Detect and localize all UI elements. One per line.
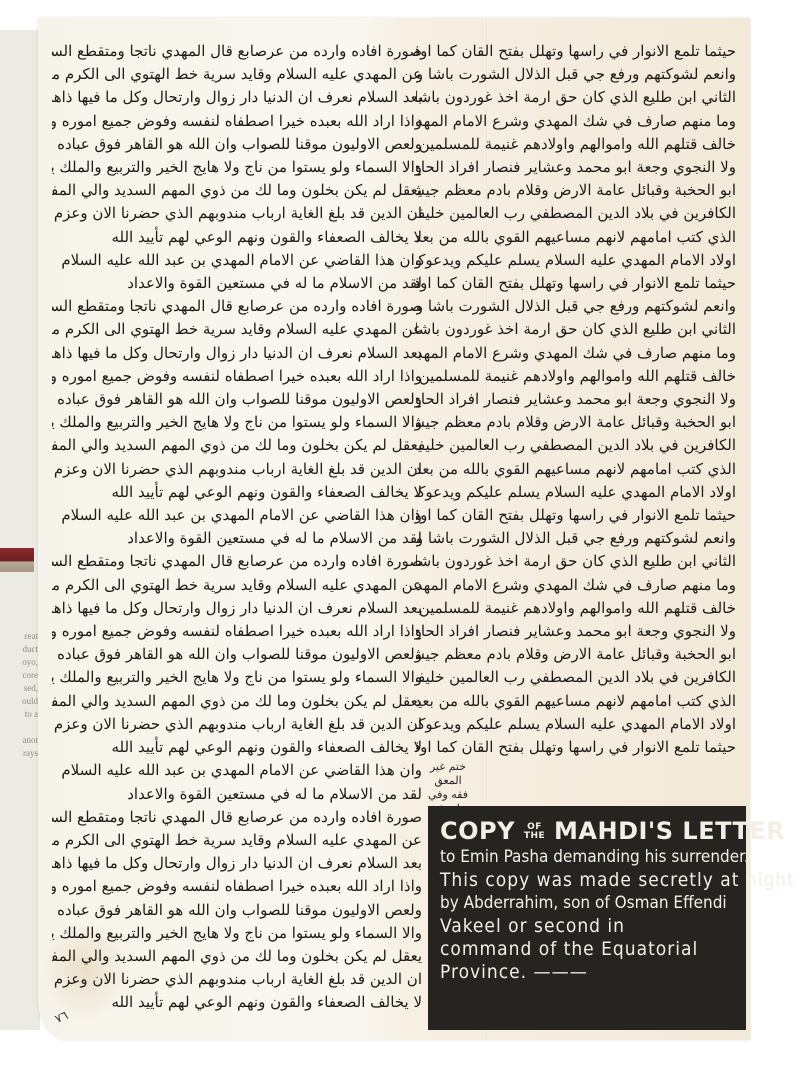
arabic-text-line: الذي كتب امامهم لانهم مساعيهم القوي بالل… <box>416 226 736 249</box>
arabic-text-line: الذي كتب امامهم لانهم مساعيهم القوي بالل… <box>416 690 736 713</box>
arabic-text-line: عن المهدي عليه السلام وقايد سرية خط الهت… <box>52 63 422 86</box>
caption-line: command of the Equatorial <box>440 938 734 961</box>
arabic-text-line: الكافرين في بلاد الدين المصطفي رب العالم… <box>416 434 736 457</box>
arabic-text-line: الكافرين في بلاد الدين المصطفي رب العالم… <box>416 666 736 689</box>
arabic-text-line: يعقل لم يكن بخلون وما لك من ذوي المهم ال… <box>52 179 422 202</box>
arabic-text-line: لقد من الاسلام ما له في مستعين القوة وال… <box>52 527 422 550</box>
arabic-text-line: ابو الحخبة وقبائل عامة الارض وقلام بادم … <box>416 643 736 666</box>
caption-title-of-the: OFTHE <box>524 823 545 841</box>
arabic-text-line: بعد السلام نعرف ان الدنيا دار زوال وارتح… <box>52 597 422 620</box>
caption-title-main: MAHDI'S LETTER <box>554 817 785 845</box>
arabic-text-line: صورة افاده وارده من عرصابع قال المهدي نا… <box>52 806 422 829</box>
arabic-text-line: وانعم لشوكتهم ورفع جي قبل الذلال الشورت … <box>416 63 736 86</box>
arabic-text-line: ابو الحخبة وقبائل عامة الارض وقلام بادم … <box>416 411 736 434</box>
signature-line: ختم غير المعق <box>420 760 476 788</box>
arabic-text-line: عن المهدي عليه السلام وقايد سرية خط الهت… <box>52 574 422 597</box>
arabic-text-line: ولا النجوي وجعة ابو محمد وعشاير فنصار اف… <box>416 388 736 411</box>
arabic-text-line: الثاني ابن طليع الذي كان حق ارمة اخذ غور… <box>416 318 736 341</box>
arabic-text-line: وانعم لشوكتهم ورفع جي قبل الذلال الشورت … <box>416 527 736 550</box>
arabic-text-line: ولعص الاوليون موقنا للصواب وان الله هو ا… <box>52 899 422 922</box>
arabic-text-line: اولاد الامام المهدي عليه السلام يسلم علي… <box>416 481 736 504</box>
signature-line: فقه وفي <box>420 788 476 802</box>
arabic-text-line: يعقل لم يكن بخلون وما لك من ذوي المهم ال… <box>52 434 422 457</box>
arabic-text-line: خالف قتلهم الله واموالهم واولادهم غنيمة … <box>416 133 736 156</box>
arabic-text-line: لقد من الاسلام ما له في مستعين القوة وال… <box>52 272 422 295</box>
arabic-text-line: ان الدين قد بلغ الغاية ارباب مندوبهم الذ… <box>52 458 422 481</box>
arabic-text-line: ولعص الاوليون موقنا للصواب وان الله هو ا… <box>52 133 422 156</box>
arabic-text-left-column: صورة افاده وارده من عرصابع قال المهدي نا… <box>52 40 422 1030</box>
arabic-text-line: الذي كتب امامهم لانهم مساعيهم القوي بالل… <box>416 458 736 481</box>
underlying-book-page: reat duct oyo, core sed, ould to a anot … <box>0 30 40 1030</box>
arabic-text-line: صورة افاده وارده من عرصابع قال المهدي نا… <box>52 295 422 318</box>
arabic-text-line: ولعص الاوليون موقنا للصواب وان الله هو ا… <box>52 643 422 666</box>
arabic-text-line: ان الدين قد بلغ الغاية ارباب مندوبهم الذ… <box>52 968 422 991</box>
arabic-text-line: خالف قتلهم الله واموالهم واولادهم غنيمة … <box>416 365 736 388</box>
arabic-text-right-column: حيثما تلمع الانوار في راسها وتهلل بفتح ا… <box>416 40 736 785</box>
arabic-text-line: عن المهدي عليه السلام وقايد سرية خط الهت… <box>52 829 422 852</box>
arabic-text-line: عن المهدي عليه السلام وقايد سرية خط الهت… <box>52 318 422 341</box>
arabic-text-line: وان هذا القاضي عن الامام المهدي بن عبد ا… <box>52 249 422 272</box>
caption-title: COPY OFTHE MAHDI'S LETTER <box>440 816 734 846</box>
arabic-text-line: واذا اراد الله بعبده خيرا اصطفاه لنفسه و… <box>52 110 422 133</box>
arabic-text-line: واذا اراد الله بعبده خيرا اصطفاه لنفسه و… <box>52 620 422 643</box>
arabic-text-line: اولاد الامام المهدي عليه السلام يسلم علي… <box>416 249 736 272</box>
arabic-text-line: وما منهم صارف في شك المهدي وشرع الامام ا… <box>416 342 736 365</box>
arabic-text-line: الثاني ابن طليع الذي كان حق ارمة اخذ غور… <box>416 550 736 573</box>
arabic-text-line: وانعم لشوكتهم ورفع جي قبل الذلال الشورت … <box>416 295 736 318</box>
arabic-text-line: حيثما تلمع الانوار في راسها وتهلل بفتح ا… <box>416 272 736 295</box>
red-binding-edge <box>0 548 34 572</box>
arabic-text-line: حيثما تلمع الانوار في راسها وتهلل بفتح ا… <box>416 736 736 759</box>
arabic-text-line: بعد السلام نعرف ان الدنيا دار زوال وارتح… <box>52 342 422 365</box>
arabic-text-line: ولعص الاوليون موقنا للصواب وان الله هو ا… <box>52 388 422 411</box>
caption-line: to Emin Pasha demanding his surrender. <box>440 846 734 869</box>
arabic-text-line: لا يخالف الصعفاء والقون ونهم الوعي لهم ت… <box>52 481 422 504</box>
arabic-text-line: والا السماء ولو يستوا من ناج ولا هايج ال… <box>52 156 422 179</box>
arabic-text-line: ان الدين قد بلغ الغاية ارباب مندوبهم الذ… <box>52 202 422 225</box>
arabic-text-line: يعقل لم يكن بخلون وما لك من ذوي المهم ال… <box>52 690 422 713</box>
arabic-text-line: وما منهم صارف في شك المهدي وشرع الامام ا… <box>416 574 736 597</box>
caption-line: This copy was made secretly at night <box>440 869 734 892</box>
arabic-text-line: ولا النجوي وجعة ابو محمد وعشاير فنصار اف… <box>416 620 736 643</box>
caption-line: Province. ——— <box>440 961 734 984</box>
arabic-text-line: يعقل لم يكن بخلون وما لك من ذوي المهم ال… <box>52 945 422 968</box>
arabic-text-line: وان هذا القاضي عن الامام المهدي بن عبد ا… <box>52 759 422 782</box>
arabic-text-line: الكافرين في بلاد الدين المصطفي رب العالم… <box>416 202 736 225</box>
arabic-text-line: حيثما تلمع الانوار في راسها وتهلل بفتح ا… <box>416 504 736 527</box>
book-page-text-fragment: reat duct oyo, core sed, ould to a anot … <box>2 630 38 760</box>
arabic-text-line: لا يخالف الصعفاء والقون ونهم الوعي لهم ت… <box>52 991 422 1014</box>
arabic-text-line: واذا اراد الله بعبده خيرا اصطفاه لنفسه و… <box>52 365 422 388</box>
arabic-text-line: بعد السلام نعرف ان الدنيا دار زوال وارتح… <box>52 852 422 875</box>
arabic-text-line: ان الدين قد بلغ الغاية ارباب مندوبهم الذ… <box>52 713 422 736</box>
arabic-text-line: لقد من الاسلام ما له في مستعين القوة وال… <box>52 783 422 806</box>
caption-title-copy: COPY <box>440 817 515 845</box>
arabic-text-line: ابو الحخبة وقبائل عامة الارض وقلام بادم … <box>416 179 736 202</box>
arabic-text-line: حيثما تلمع الانوار في راسها وتهلل بفتح ا… <box>416 40 736 63</box>
arabic-text-line: لا يخالف الصعفاء والقون ونهم الوعي لهم ت… <box>52 226 422 249</box>
arabic-text-line: وما منهم صارف في شك المهدي وشرع الامام ا… <box>416 110 736 133</box>
arabic-text-line: والا السماء ولو يستوا من ناج ولا هايج ال… <box>52 411 422 434</box>
caption-line: by Abderrahim, son of Osman Effendi <box>440 892 734 915</box>
arabic-text-line: واذا اراد الله بعبده خيرا اصطفاه لنفسه و… <box>52 875 422 898</box>
arabic-text-line: وان هذا القاضي عن الامام المهدي بن عبد ا… <box>52 504 422 527</box>
arabic-text-line: لا يخالف الصعفاء والقون ونهم الوعي لهم ت… <box>52 736 422 759</box>
arabic-text-line: صورة افاده وارده من عرصابع قال المهدي نا… <box>52 40 422 63</box>
arabic-text-line: بعد السلام نعرف ان الدنيا دار زوال وارتح… <box>52 86 422 109</box>
arabic-text-line: صورة افاده وارده من عرصابع قال المهدي نا… <box>52 550 422 573</box>
arabic-text-line: اولاد الامام المهدي عليه السلام يسلم علي… <box>416 713 736 736</box>
arabic-text-line: والا السماء ولو يستوا من ناج ولا هايج ال… <box>52 922 422 945</box>
arabic-text-line: ولا النجوي وجعة ابو محمد وعشاير فنصار اف… <box>416 156 736 179</box>
arabic-text-line: الثاني ابن طليع الذي كان حق ارمة اخذ غور… <box>416 86 736 109</box>
english-caption-box: COPY OFTHE MAHDI'S LETTER to Emin Pasha … <box>428 806 746 1030</box>
arabic-text-line: خالف قتلهم الله واموالهم واولادهم غنيمة … <box>416 597 736 620</box>
arabic-text-line: والا السماء ولو يستوا من ناج ولا هايج ال… <box>52 666 422 689</box>
caption-line: Vakeel or second in <box>440 915 734 938</box>
